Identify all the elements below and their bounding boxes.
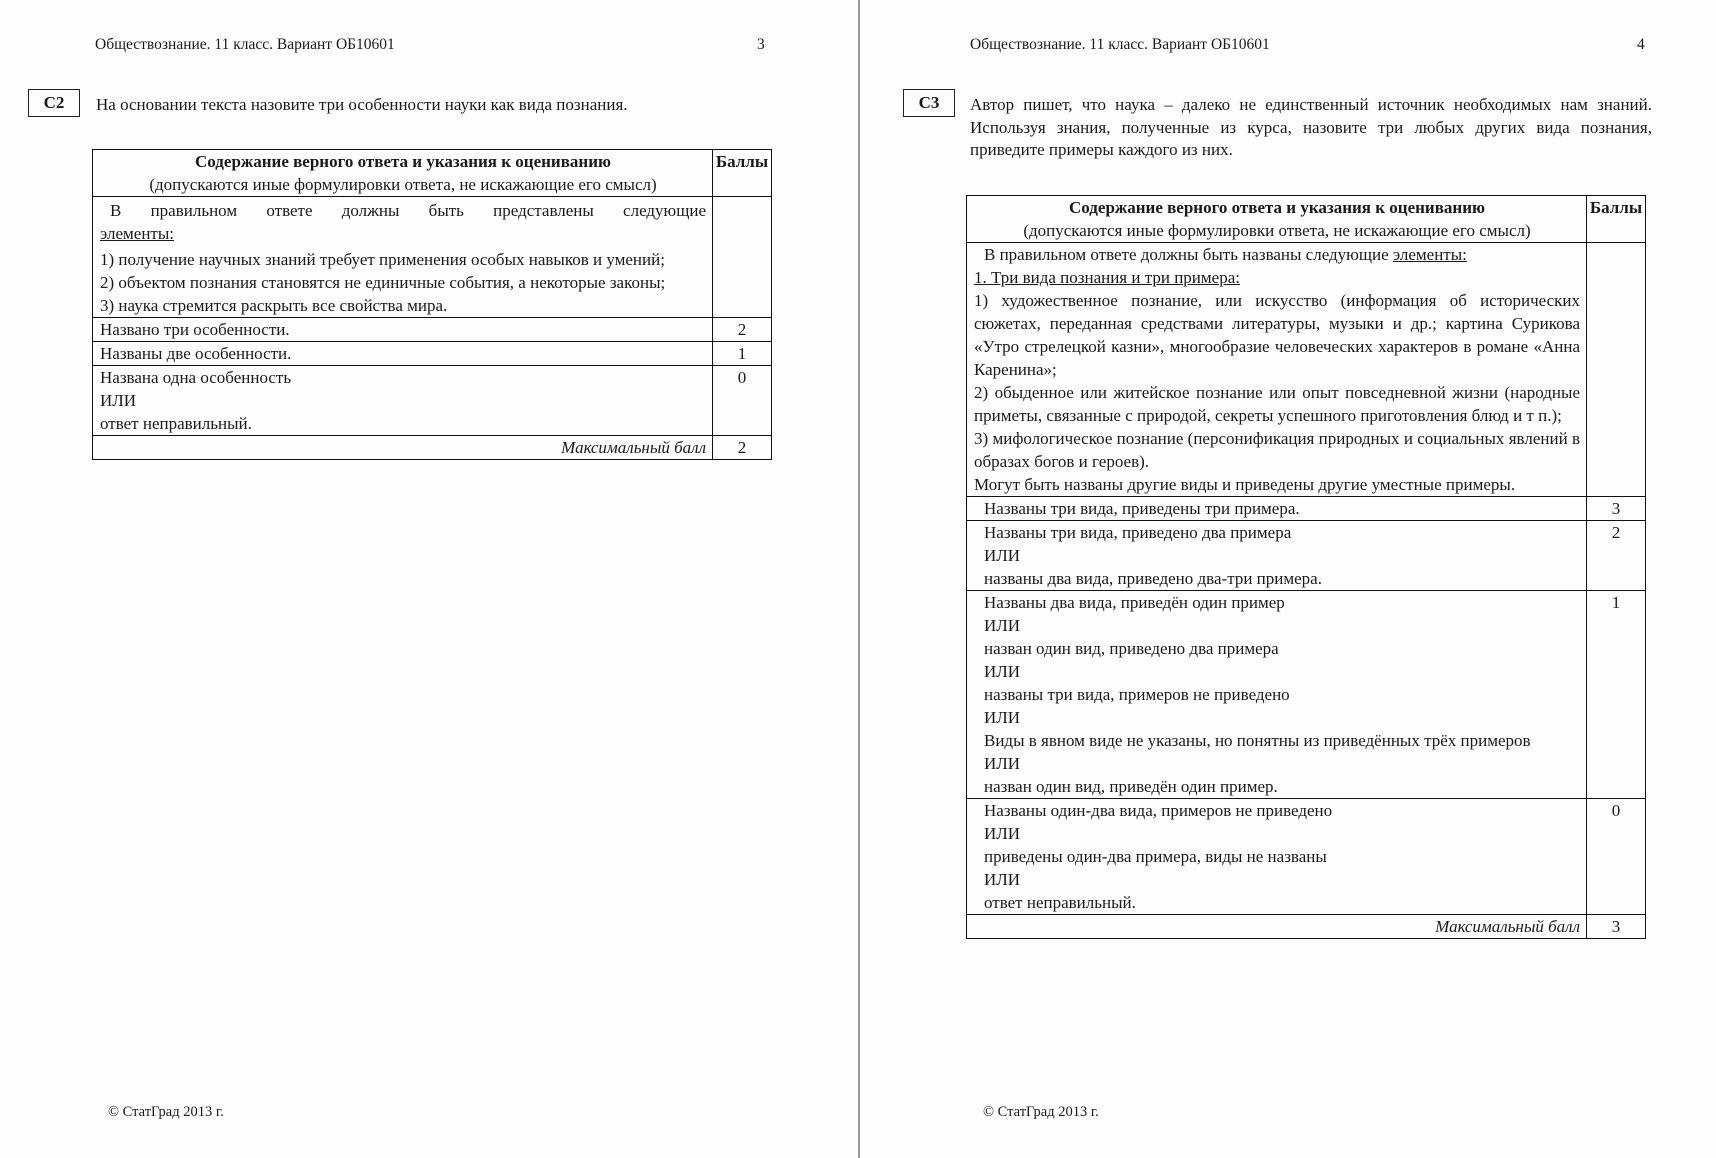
task-id-badge: С2 xyxy=(28,89,80,117)
answer-item: 2) объектом познания становятся не едини… xyxy=(100,271,706,294)
criteria: ИЛИ xyxy=(100,389,706,412)
page-number: 3 xyxy=(757,36,765,54)
task-id-badge: С3 xyxy=(903,89,955,117)
max-label: Максимальный балл xyxy=(967,915,1587,939)
answer-intro-underlined: элементы: xyxy=(100,222,706,245)
header-main: Содержание верного ответа и указания к о… xyxy=(974,196,1580,219)
score: 2 xyxy=(1587,521,1646,591)
max-score: 2 xyxy=(713,436,772,460)
answer-row: В правильном ответе должны быть названы … xyxy=(967,243,1646,497)
task-text: На основании текста назовите три особенн… xyxy=(96,94,776,117)
answer-subheading: 1. Три вида познания и три примера: xyxy=(974,266,1580,289)
score: 1 xyxy=(713,342,772,366)
running-header: Обществознание. 11 класс. Вариант ОБ1060… xyxy=(95,36,395,54)
answer-note: Могут быть названы другие виды и приведе… xyxy=(974,473,1580,496)
table-row: Названы три вида, приведено два примера … xyxy=(967,521,1646,591)
answer-item: 2) обыденное или житейское познание или … xyxy=(974,381,1580,427)
table-row: Названы два вида, приведён один пример И… xyxy=(967,591,1646,799)
score: 0 xyxy=(1587,799,1646,915)
header-score: Баллы xyxy=(1587,196,1646,243)
grading-table: Содержание верного ответа и указания к о… xyxy=(966,195,1646,939)
criteria: Названа одна особенность xyxy=(100,366,706,389)
max-score: 3 xyxy=(1587,915,1646,939)
criteria: назван один вид, приведён один пример. xyxy=(974,775,1580,798)
grading-table: Содержание верного ответа и указания к о… xyxy=(92,149,772,460)
max-label: Максимальный балл xyxy=(93,436,713,460)
criteria: Названы два вида, приведён один пример xyxy=(974,591,1580,614)
criteria: ИЛИ xyxy=(974,868,1580,891)
page-left: Обществознание. 11 класс. Вариант ОБ1060… xyxy=(0,0,858,1158)
criteria: ИЛИ xyxy=(974,614,1580,637)
answer-item: 3) мифологическое познание (персонификац… xyxy=(974,427,1580,473)
table-row: Названо три особенности. 2 xyxy=(93,318,772,342)
max-score-row: Максимальный балл 3 xyxy=(967,915,1646,939)
criteria: названы три вида, примеров не приведено xyxy=(974,683,1580,706)
answer-intro-underlined: элементы: xyxy=(1393,245,1467,264)
criteria: ИЛИ xyxy=(974,706,1580,729)
page-number: 4 xyxy=(1637,36,1645,54)
table-row: Названы две особенности. 1 xyxy=(93,342,772,366)
score: 3 xyxy=(1587,497,1646,521)
criteria: Названы один-два вида, примеров не приве… xyxy=(974,799,1580,822)
answer-item: 3) наука стремится раскрыть все свойства… xyxy=(100,294,706,317)
criteria: Названы две особенности. xyxy=(93,342,713,366)
criteria: приведены один-два примера, виды не назв… xyxy=(974,845,1580,868)
criteria: Названы три вида, приведено два примера xyxy=(974,521,1580,544)
table-header-row: Содержание верного ответа и указания к о… xyxy=(93,150,772,197)
answer-item: 1) художественное познание, или искусств… xyxy=(974,289,1580,381)
answer-item: 1) получение научных знаний требует прим… xyxy=(100,248,706,271)
criteria: ответ неправильный. xyxy=(100,412,706,435)
answer-row: В правильном ответе должны быть представ… xyxy=(93,197,772,318)
header-main: Содержание верного ответа и указания к о… xyxy=(100,150,706,173)
footer-copyright: © СтатГрад 2013 г. xyxy=(108,1104,224,1121)
criteria: Названо три особенности. xyxy=(93,318,713,342)
answer-intro: В правильном ответе должны быть названы … xyxy=(984,245,1389,264)
criteria: ответ неправильный. xyxy=(974,891,1580,914)
criteria: ИЛИ xyxy=(974,822,1580,845)
header-sub: (допускаются иные формулировки ответа, н… xyxy=(100,173,706,196)
table-row: Названы три вида, приведены три примера.… xyxy=(967,497,1646,521)
criteria: ИЛИ xyxy=(974,752,1580,775)
criteria: ИЛИ xyxy=(974,660,1580,683)
criteria: названы два вида, приведено два-три прим… xyxy=(974,567,1580,590)
criteria: ИЛИ xyxy=(974,544,1580,567)
page-right: Обществознание. 11 класс. Вариант ОБ1060… xyxy=(860,0,1716,1158)
score: 0 xyxy=(713,366,772,436)
answer-intro: В правильном ответе должны быть представ… xyxy=(100,199,706,222)
footer-copyright: © СтатГрад 2013 г. xyxy=(983,1104,1099,1121)
criteria: Виды в явном виде не указаны, но понятны… xyxy=(974,729,1580,752)
table-row: Названа одна особенность ИЛИ ответ непра… xyxy=(93,366,772,436)
criteria: назван один вид, приведено два примера xyxy=(974,637,1580,660)
score: 2 xyxy=(713,318,772,342)
task-text: Автор пишет, что наука – далеко не единс… xyxy=(970,94,1652,162)
max-score-row: Максимальный балл 2 xyxy=(93,436,772,460)
running-header: Обществознание. 11 класс. Вариант ОБ1060… xyxy=(970,36,1270,54)
header-sub: (допускаются иные формулировки ответа, н… xyxy=(974,219,1580,242)
criteria: Названы три вида, приведены три примера. xyxy=(974,497,1580,520)
score: 1 xyxy=(1587,591,1646,799)
table-row: Названы один-два вида, примеров не приве… xyxy=(967,799,1646,915)
header-score: Баллы xyxy=(713,150,772,197)
table-header-row: Содержание верного ответа и указания к о… xyxy=(967,196,1646,243)
